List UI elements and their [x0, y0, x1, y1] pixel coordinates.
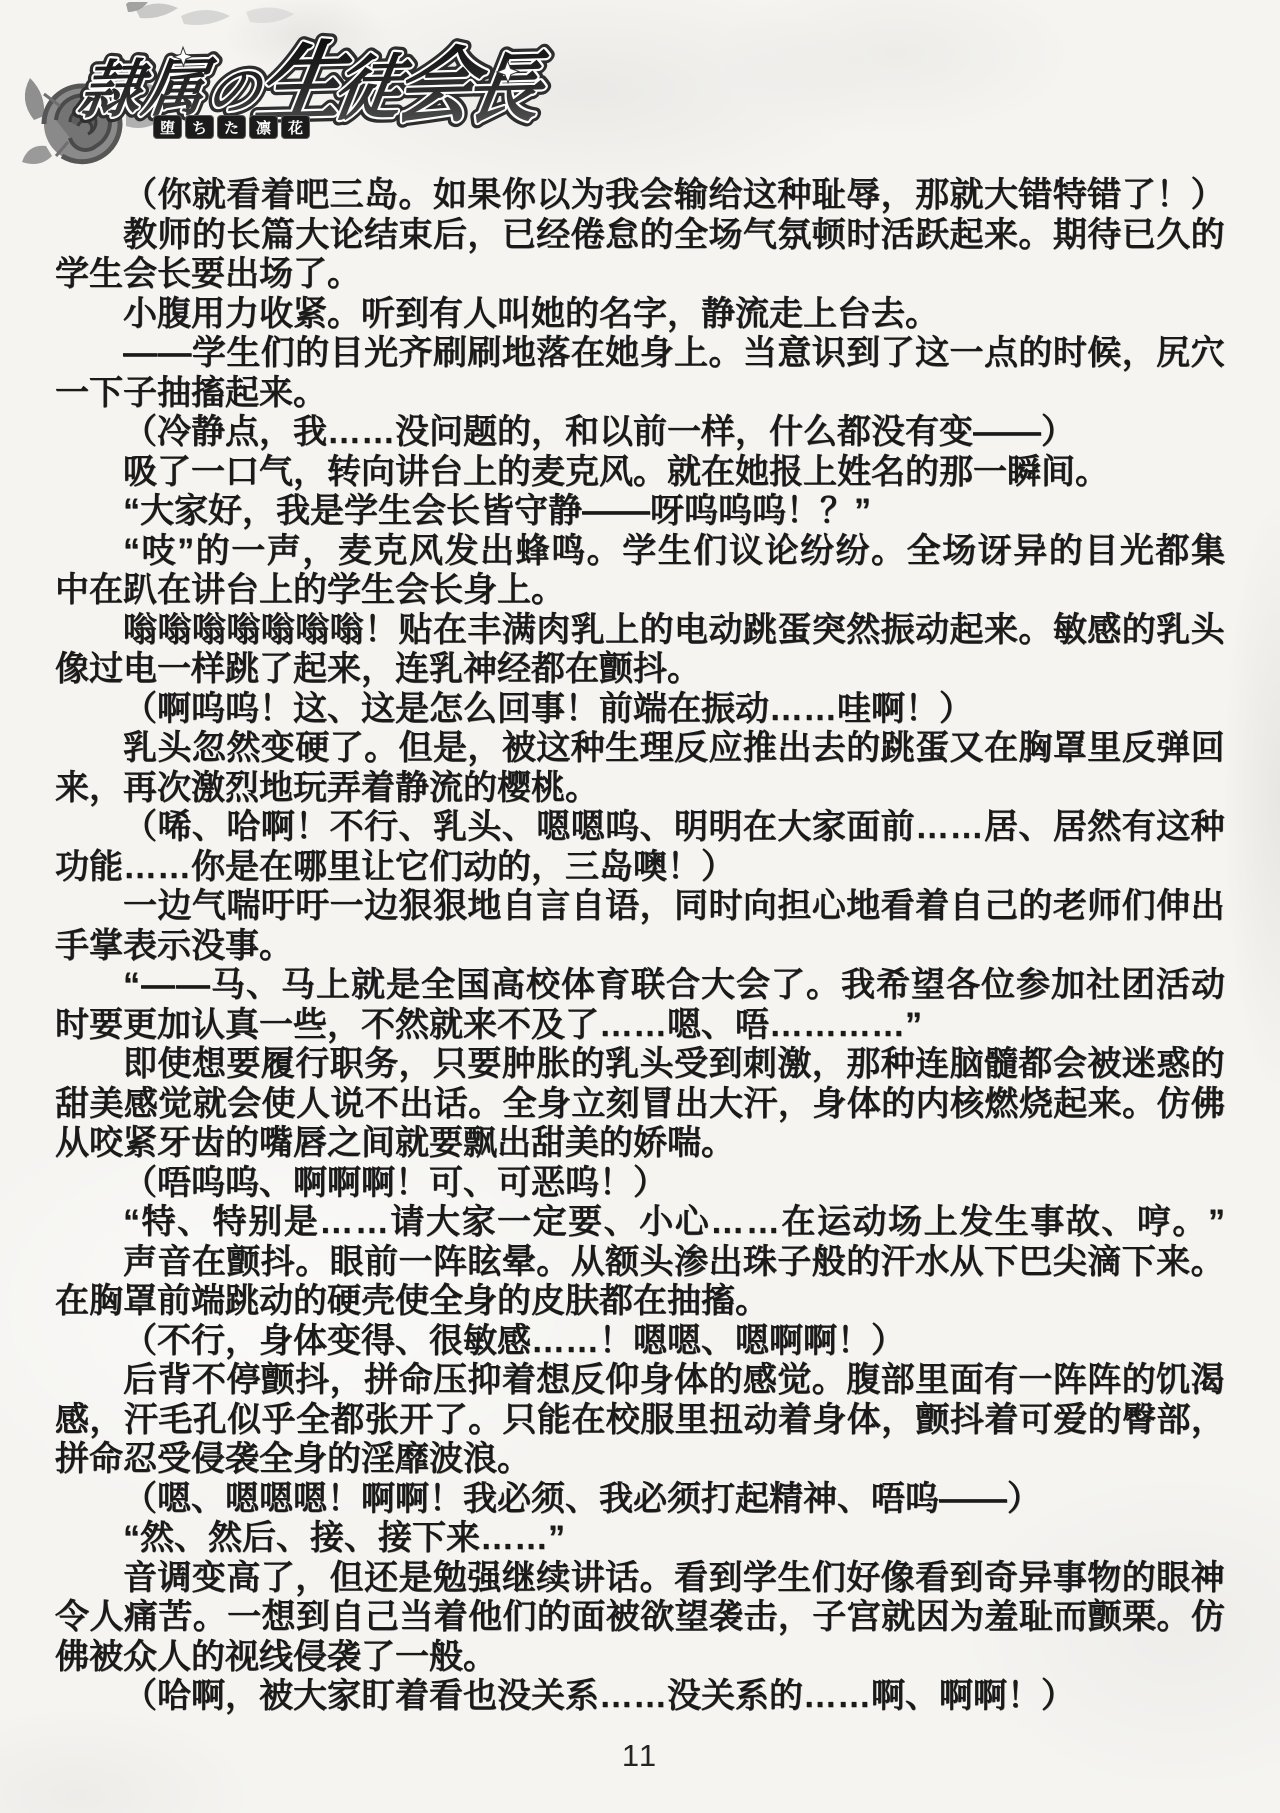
text-body: （你就看着吧三岛。如果你以为我会输给这种耻辱，那就大错特错了！）教师的长篇大论结… [55, 176, 1225, 1717]
text-line: 令人痛苦。一想到自己当着他们的面被欲望袭击，子宫就因为羞耻而颤栗。仿 [55, 1598, 1225, 1638]
text-line: ——学生们的目光齐刷刷地落在她身上。当意识到了这一点的时候，尻穴 [55, 334, 1225, 374]
text-line: 佛被众人的视线侵袭了一般。 [55, 1638, 1225, 1678]
text-line: 即使想要履行职务，只要肿胀的乳头受到刺激，那种连脑髓都会被迷惑的 [55, 1045, 1225, 1085]
title-logo: 隷属の生徒会長 隷属の生徒会長 堕ちた凛花 [16, 8, 536, 178]
text-line: 在胸罩前端跳动的硬壳使全身的皮肤都在抽搐。 [55, 1282, 1225, 1322]
subtitle-char-box: 花 [282, 116, 309, 138]
text-line: 手掌表示没事。 [55, 927, 1225, 967]
text-line: 一下子抽搐起来。 [55, 374, 1225, 414]
text-line: “——马、马上就是全国高校体育联合大会了。我希望各位参加社团活动 [55, 966, 1225, 1006]
text-line: 教师的长篇大论结束后，已经倦怠的全场气氛顿时活跃起来。期待已久的 [55, 216, 1225, 256]
text-line: （嗯、嗯嗯嗯！啊啊！我必须、我必须打起精神、唔呜——） [55, 1480, 1225, 1520]
subtitle-char-box: ち [186, 116, 213, 138]
text-line: 来，再次激烈地玩弄着静流的樱桃。 [55, 769, 1225, 809]
text-line: 一边气喘吁吁一边狠狠地自言自语，同时向担心地看着自己的老师们伸出 [55, 887, 1225, 927]
text-line: 嗡嗡嗡嗡嗡嗡嗡！贴在丰满肉乳上的电动跳蛋突然振动起来。敏感的乳头 [55, 611, 1225, 651]
subtitle-char-box: 凛 [250, 116, 277, 138]
text-line: 拼命忍受侵袭全身的淫靡波浪。 [55, 1440, 1225, 1480]
text-line: 像过电一样跳了起来，连乳神经都在颤抖。 [55, 650, 1225, 690]
text-line: “吱”的一声，麦克风发出蜂鸣。学生们议论纷纷。全场讶异的目光都集 [55, 532, 1225, 572]
text-line: 吸了一口气，转向讲台上的麦克风。就在她报上姓名的那一瞬间。 [55, 453, 1225, 493]
logo-title: 隷属の生徒会長 隷属の生徒会長 [54, 1, 558, 164]
text-line: 学生会长要出场了。 [55, 255, 1225, 295]
text-line: 小腹用力收紧。听到有人叫她的名字，静流走上台去。 [55, 295, 1225, 335]
text-line: 功能……你是在哪里让它们动的，三岛噢！） [55, 848, 1225, 888]
text-line: 声音在颤抖。眼前一阵眩晕。从额头渗出珠子般的汗水从下巴尖滴下来。 [55, 1243, 1225, 1283]
text-line: “大家好，我是学生会长皆守静——呀呜呜呜！？” [55, 492, 1225, 532]
text-line: 时要更加认真一些，不然就来不及了……嗯、唔…………” [55, 1006, 1225, 1046]
text-line: （唏、哈啊！不行、乳头、嗯嗯呜、明明在大家面前……居、居然有这种 [55, 808, 1225, 848]
page-number: 11 [55, 1738, 1225, 1774]
text-line: （你就看着吧三岛。如果你以为我会输给这种耻辱，那就大错特错了！） [55, 176, 1225, 216]
text-line: “特、特别是……请大家一定要、小心……在运动场上发生事故、哼。” [55, 1203, 1225, 1243]
logo-subtitle: 堕ちた凛花 [154, 116, 309, 138]
subtitle-char-box: た [218, 116, 245, 138]
text-line: （哈啊，被大家盯着看也没关系……没关系的……啊、啊啊！） [55, 1677, 1225, 1717]
text-line: 从咬紧牙齿的嘴唇之间就要飘出甜美的娇喘。 [55, 1124, 1225, 1164]
subtitle-char-box: 堕 [154, 116, 181, 138]
text-line: （唔呜呜、啊啊啊！可、可恶呜！） [55, 1164, 1225, 1204]
text-line: （冷静点，我……没问题的，和以前一样，什么都没有变——） [55, 413, 1225, 453]
scanned-novel-page: 隷属の生徒会長 隷属の生徒会長 堕ちた凛花 （你就看着吧三岛。如果你以为我会输给… [0, 0, 1280, 1813]
text-line: 音调变高了，但还是勉强继续讲话。看到学生们好像看到奇异事物的眼神 [55, 1559, 1225, 1599]
text-line: 感，汗毛孔似乎全都张开了。只能在校服里扭动着身体，颤抖着可爱的臀部， [55, 1401, 1225, 1441]
text-line: （不行，身体变得、很敏感……！嗯嗯、嗯啊啊！） [55, 1322, 1225, 1362]
svg-text:隷属の生徒会長: 隷属の生徒会長 [72, 29, 555, 143]
text-line: 乳头忽然变硬了。但是，被这种生理反应推出去的跳蛋又在胸罩里反弹回 [55, 729, 1225, 769]
text-line: （啊呜呜！这、这是怎么回事！前端在振动……哇啊！） [55, 690, 1225, 730]
text-line: 甜美感觉就会使人说不出话。全身立刻冒出大汗，身体的内核燃烧起来。仿佛 [55, 1085, 1225, 1125]
text-line: 中在趴在讲台上的学生会长身上。 [55, 571, 1225, 611]
text-line: “然、然后、接、接下来……” [55, 1519, 1225, 1559]
text-line: 后背不停颤抖，拼命压抑着想反仰身体的感觉。腹部里面有一阵阵的饥渴 [55, 1361, 1225, 1401]
